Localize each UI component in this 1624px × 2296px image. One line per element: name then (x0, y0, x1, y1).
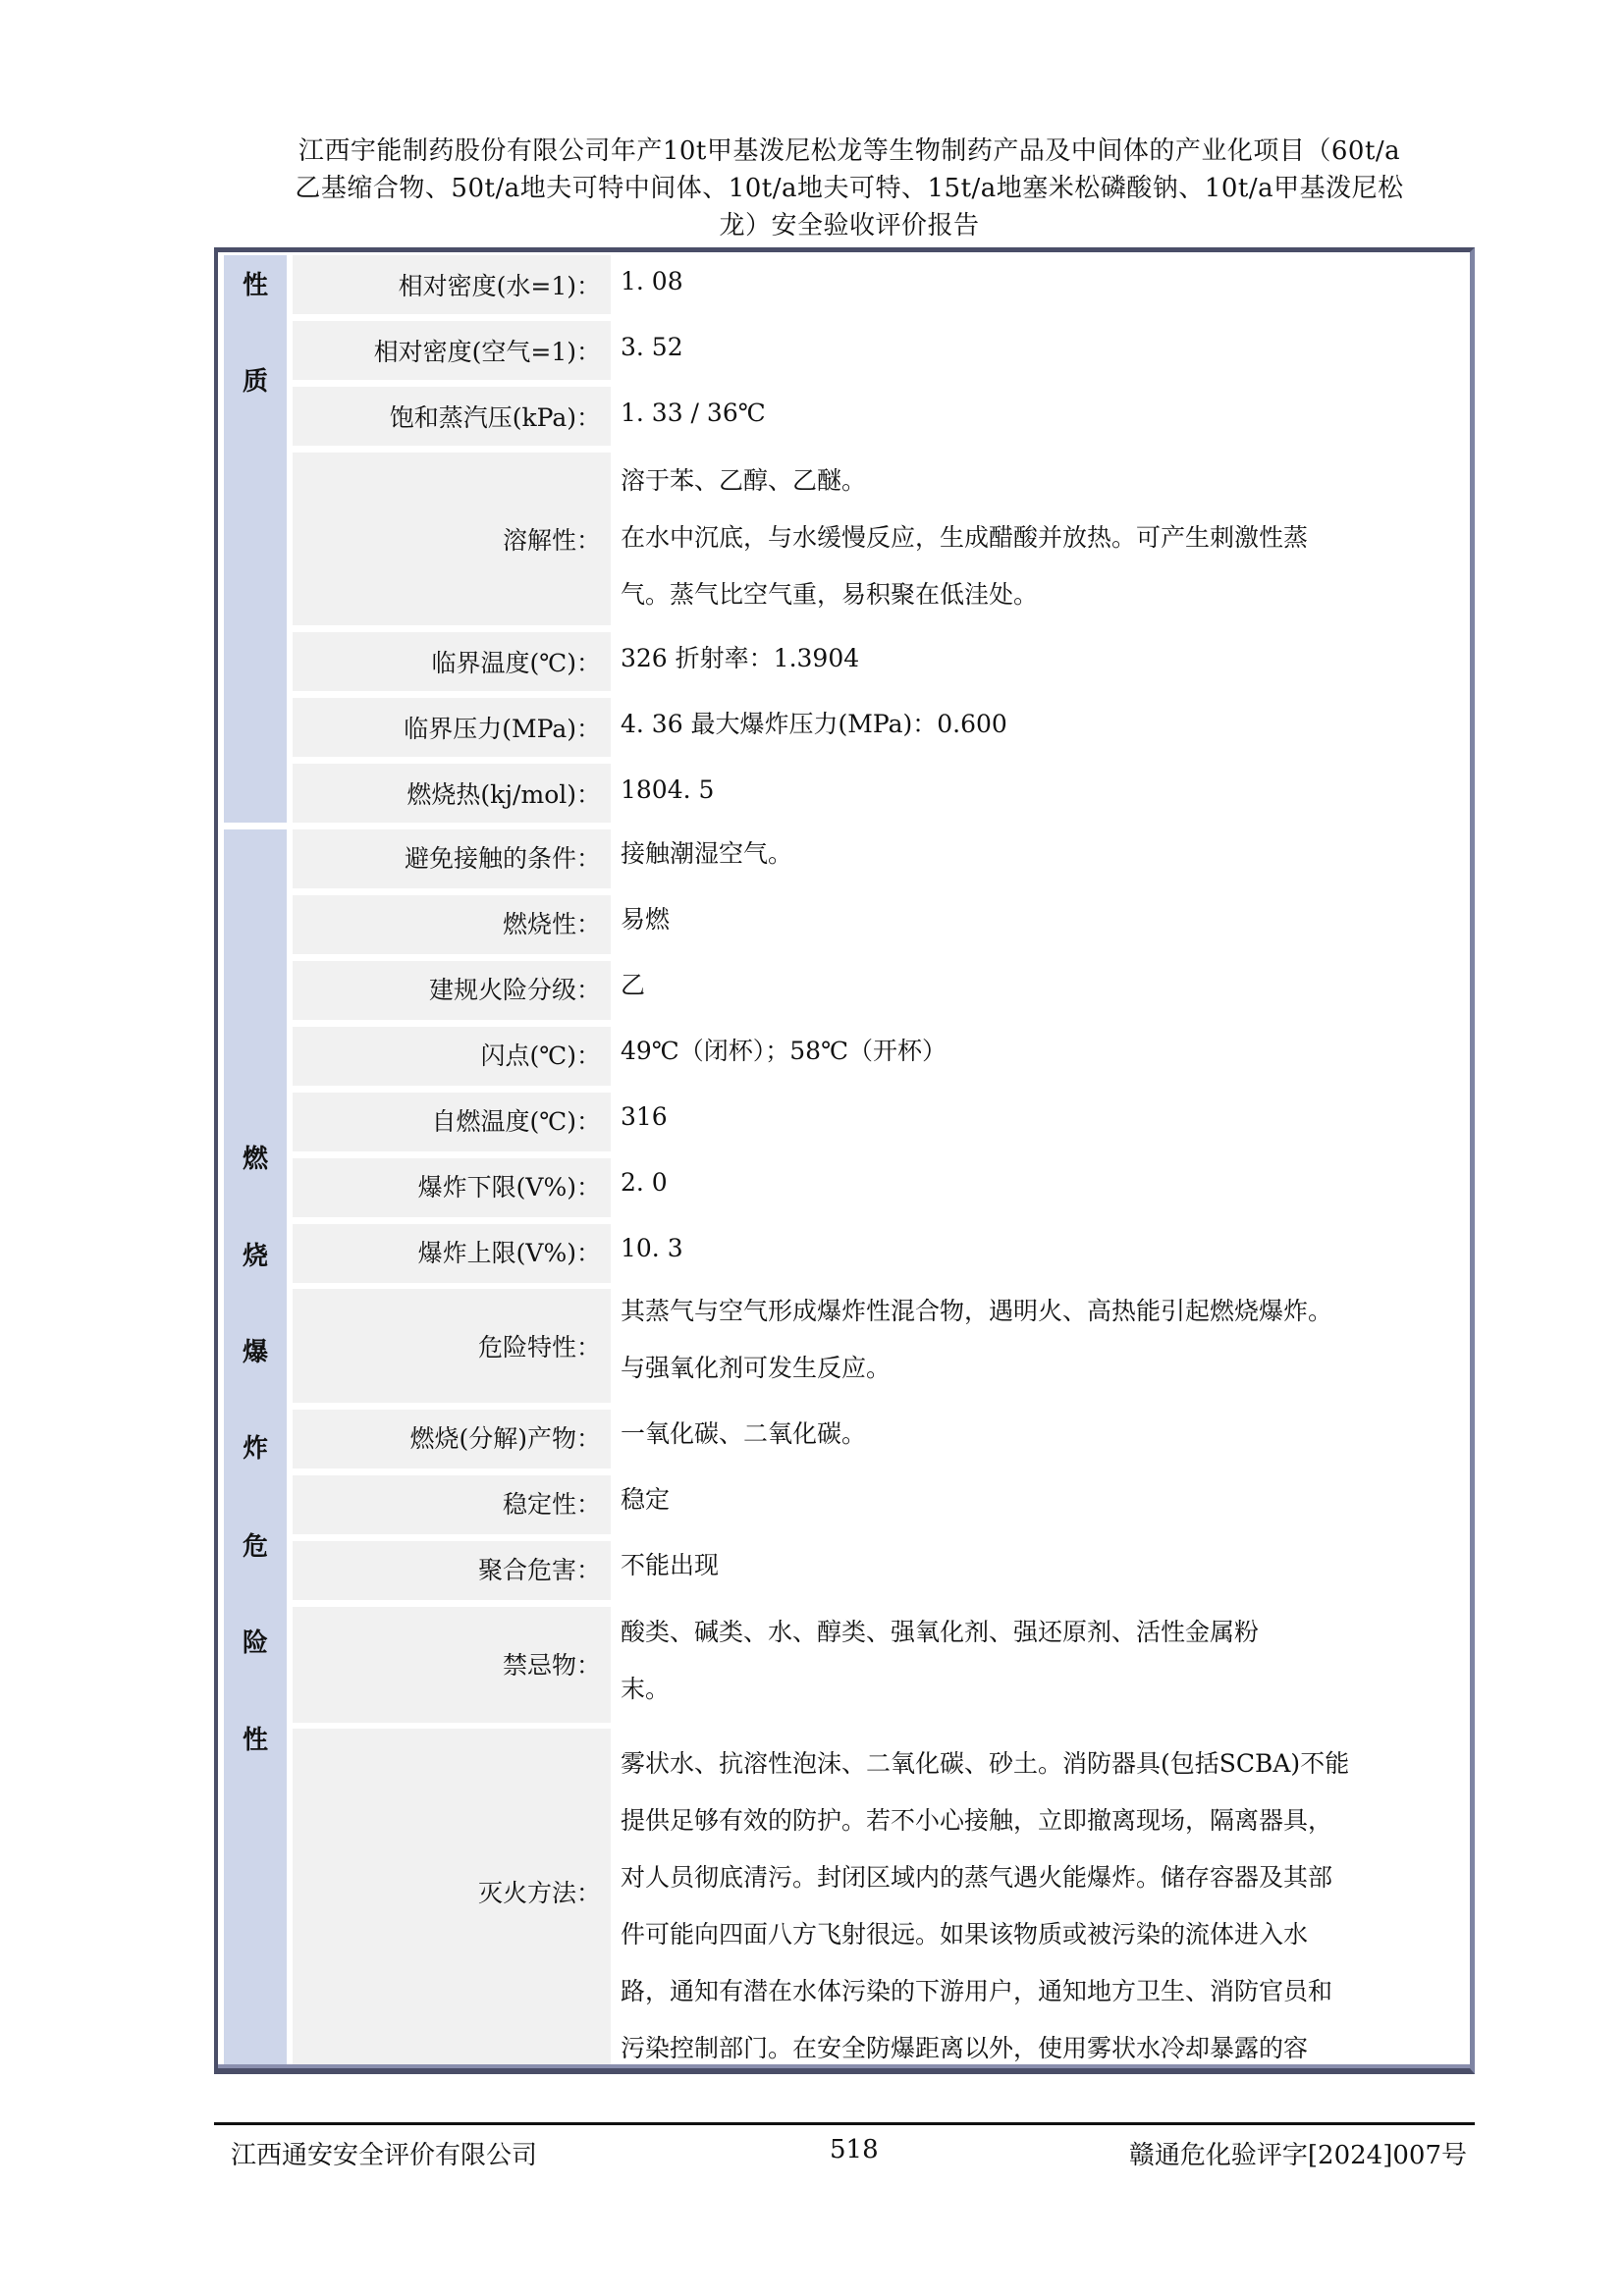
category-char: 险 (224, 1623, 287, 1659)
title-line-3: 龙）安全验收评价报告 (221, 207, 1478, 244)
value-line: 溶于苯、乙醇、乙醚。 (621, 453, 1465, 509)
table-row: 燃烧热(kj/mol)： 1804. 5 (293, 764, 1465, 823)
table-row: 自燃温度(℃)： 316 (293, 1093, 1465, 1151)
table-row: 燃烧性： 易燃 (293, 895, 1465, 954)
row-label-cell: 避免接触的条件： (293, 829, 611, 888)
value-line: 雾状水、抗溶性泡沫、二氧化碳、砂土。消防器具(包括SCBA)不能 (621, 1735, 1465, 1792)
value-line: 10. 3 (621, 1220, 1465, 1277)
row-value: 酸类、碱类、水、醇类、强氧化剂、强还原剂、活性金属粉 末。 (621, 1604, 1465, 1718)
table-row: 闪点(℃)： 49℃（闭杯）；58℃（开杯） (293, 1027, 1465, 1086)
category-fire-explosion-hazard: 燃 烧 爆 炸 危 险 性 (224, 829, 287, 2064)
value-line: 酸类、碱类、水、醇类、强氧化剂、强还原剂、活性金属粉 (621, 1604, 1465, 1661)
row-value: 一氧化碳、二氧化碳。 (621, 1406, 1465, 1463)
value-line: 提供足够有效的防护。若不小心接触，立即撤离现场，隔离器具， (621, 1792, 1465, 1849)
row-label-cell: 禁忌物： (293, 1607, 611, 1723)
category-char: 燃 (224, 1139, 287, 1175)
row-value: 3. 52 (621, 319, 1465, 376)
value-line: 326 折射率：1.3904 (621, 630, 1465, 687)
value-line: 稳定 (621, 1471, 1465, 1528)
row-label: 危险特性： (478, 1328, 601, 1363)
row-value: 326 折射率：1.3904 (621, 630, 1465, 687)
value-line: 易燃 (621, 891, 1465, 948)
row-value: 雾状水、抗溶性泡沫、二氧化碳、砂土。消防器具(包括SCBA)不能 提供足够有效的… (621, 1735, 1465, 2077)
table-row: 爆炸下限(V%)： 2. 0 (293, 1158, 1465, 1217)
category-char: 性 (224, 265, 287, 301)
row-label: 闪点(℃)： (481, 1037, 601, 1072)
row-label: 相对密度(空气=1)： (374, 333, 601, 368)
report-title: 江西宇能制药股份有限公司年产10t甲基泼尼松龙等生物制药产品及中间体的产业化项目… (221, 133, 1478, 244)
row-value: 溶于苯、乙醇、乙醚。 在水中沉底，与水缓慢反应，生成醋酸并放热。可产生刺激性蒸 … (621, 453, 1465, 623)
category-properties: 性 质 (224, 255, 287, 823)
value-line: 不能出现 (621, 1537, 1465, 1594)
value-line: 其蒸气与空气形成爆炸性混合物，遇明火、高热能引起燃烧爆炸。 (621, 1283, 1465, 1340)
row-label-cell: 临界压力(MPa)： (293, 698, 611, 757)
row-label: 溶解性： (503, 521, 601, 557)
row-label: 自燃温度(℃)： (432, 1102, 601, 1138)
row-label-cell: 燃烧热(kj/mol)： (293, 764, 611, 823)
table-row: 灭火方法： 雾状水、抗溶性泡沫、二氧化碳、砂土。消防器具(包括SCBA)不能 提… (293, 1729, 1465, 2064)
value-line: 接触潮湿空气。 (621, 826, 1465, 882)
row-label: 建规火险分级： (429, 971, 601, 1006)
title-line-2: 乙基缩合物、50t/a地夫可特中间体、10t/a地夫可特、15t/a地塞米松磷酸… (221, 170, 1478, 207)
value-line: 对人员彻底清污。封闭区域内的蒸气遇火能爆炸。储存容器及其部 (621, 1849, 1465, 1906)
row-label-cell: 灭火方法： (293, 1729, 611, 2064)
row-value: 接触潮湿空气。 (621, 826, 1465, 882)
value-line: 1. 08 (621, 253, 1465, 310)
value-line: 2. 0 (621, 1154, 1465, 1211)
row-label-cell: 爆炸下限(V%)： (293, 1158, 611, 1217)
row-value: 1. 33 / 36℃ (621, 385, 1465, 442)
value-line: 路，通知有潜在水体污染的下游用户，通知地方卫生、消防官员和 (621, 1963, 1465, 2020)
row-value: 易燃 (621, 891, 1465, 948)
value-line: 在水中沉底，与水缓慢反应，生成醋酸并放热。可产生刺激性蒸 (621, 509, 1465, 566)
category-char: 质 (224, 361, 287, 398)
row-label-cell: 饱和蒸汽压(kPa)： (293, 387, 611, 446)
row-label: 燃烧(分解)产物： (409, 1419, 601, 1455)
row-label-cell: 自燃温度(℃)： (293, 1093, 611, 1151)
table-row: 聚合危害： 不能出现 (293, 1541, 1465, 1600)
table-row: 危险特性： 其蒸气与空气形成爆炸性混合物，遇明火、高热能引起燃烧爆炸。 与强氧化… (293, 1289, 1465, 1403)
value-line: 1804. 5 (621, 762, 1465, 819)
row-label-cell: 临界温度(℃)： (293, 632, 611, 691)
row-value: 4. 36 最大爆炸压力(MPa)：0.600 (621, 696, 1465, 753)
row-label-cell: 爆炸上限(V%)： (293, 1224, 611, 1283)
row-value: 不能出现 (621, 1537, 1465, 1594)
table-row: 溶解性： 溶于苯、乙醇、乙醚。 在水中沉底，与水缓慢反应，生成醋酸并放热。可产生… (293, 453, 1465, 625)
row-label-cell: 建规火险分级： (293, 961, 611, 1020)
row-label: 饱和蒸汽压(kPa)： (390, 399, 601, 434)
table-row: 稳定性： 稳定 (293, 1475, 1465, 1534)
row-value: 乙 (621, 957, 1465, 1014)
value-line: 末。 (621, 1661, 1465, 1718)
value-line: 1. 33 / 36℃ (621, 385, 1465, 442)
row-label: 燃烧热(kj/mol)： (406, 775, 601, 811)
table-row: 建规火险分级： 乙 (293, 961, 1465, 1020)
row-label-cell: 燃烧性： (293, 895, 611, 954)
row-label-cell: 相对密度(空气=1)： (293, 321, 611, 380)
value-line: 3. 52 (621, 319, 1465, 376)
row-value: 其蒸气与空气形成爆炸性混合物，遇明火、高热能引起燃烧爆炸。 与强氧化剂可发生反应… (621, 1283, 1465, 1397)
title-line-1: 江西宇能制药股份有限公司年产10t甲基泼尼松龙等生物制药产品及中间体的产业化项目… (221, 133, 1478, 170)
category-char: 性 (224, 1720, 287, 1756)
row-label-cell: 闪点(℃)： (293, 1027, 611, 1086)
row-value: 10. 3 (621, 1220, 1465, 1277)
footer-divider (214, 2122, 1475, 2125)
row-label: 爆炸上限(V%)： (418, 1234, 601, 1269)
row-value: 稳定 (621, 1471, 1465, 1528)
table-row: 爆炸上限(V%)： 10. 3 (293, 1224, 1465, 1283)
row-label: 灭火方法： (478, 1874, 601, 1909)
table-row: 饱和蒸汽压(kPa)： 1. 33 / 36℃ (293, 387, 1465, 446)
row-label-cell: 稳定性： (293, 1475, 611, 1534)
value-line: 49℃（闭杯）；58℃（开杯） (621, 1023, 1465, 1080)
value-line: 污染控制部门。在安全防爆距离以外，使用雾状水冷却暴露的容 (621, 2020, 1465, 2077)
document-number: 赣通危化验评字[2024]007号 (1129, 2135, 1467, 2171)
category-char: 危 (224, 1526, 287, 1563)
value-line: 乙 (621, 957, 1465, 1014)
row-label-cell: 聚合危害： (293, 1541, 611, 1600)
value-line: 316 (621, 1089, 1465, 1146)
footer-company: 江西通安安全评价有限公司 (231, 2135, 537, 2171)
category-char: 爆 (224, 1332, 287, 1368)
table-row: 临界温度(℃)： 326 折射率：1.3904 (293, 632, 1465, 691)
category-char: 烧 (224, 1236, 287, 1272)
table-row: 相对密度(空气=1)： 3. 52 (293, 321, 1465, 380)
row-label-cell: 溶解性： (293, 453, 611, 625)
row-value: 1804. 5 (621, 762, 1465, 819)
table-row: 相对密度(水=1)： 1. 08 (293, 255, 1465, 314)
row-label: 临界压力(MPa)： (404, 710, 601, 745)
row-label: 燃烧性： (503, 905, 601, 940)
row-label: 禁忌物： (503, 1646, 601, 1682)
value-line: 4. 36 最大爆炸压力(MPa)：0.600 (621, 696, 1465, 753)
value-line: 件可能向四面八方飞射很远。如果该物质或被污染的流体进入水 (621, 1906, 1465, 1963)
row-label-cell: 危险特性： (293, 1289, 611, 1403)
table-row: 临界压力(MPa)： 4. 36 最大爆炸压力(MPa)：0.600 (293, 698, 1465, 757)
table-row: 避免接触的条件： 接触潮湿空气。 (293, 829, 1465, 888)
category-char: 炸 (224, 1428, 287, 1465)
row-value: 49℃（闭杯）；58℃（开杯） (621, 1023, 1465, 1080)
row-label: 聚合危害： (478, 1551, 601, 1586)
row-label: 爆炸下限(V%)： (418, 1168, 601, 1203)
value-line: 与强氧化剂可发生反应。 (621, 1340, 1465, 1397)
row-value: 1. 08 (621, 253, 1465, 310)
row-label: 稳定性： (503, 1485, 601, 1521)
row-value: 2. 0 (621, 1154, 1465, 1211)
row-label: 相对密度(水=1)： (399, 267, 601, 302)
page-number: 518 (830, 2135, 879, 2164)
table-row: 禁忌物： 酸类、碱类、水、醇类、强氧化剂、强还原剂、活性金属粉 末。 (293, 1607, 1465, 1723)
row-label-cell: 燃烧(分解)产物： (293, 1410, 611, 1468)
value-line: 气。蒸气比空气重，易积聚在低洼处。 (621, 566, 1465, 623)
row-label-cell: 相对密度(水=1)： (293, 255, 611, 314)
row-label: 临界温度(℃)： (432, 644, 601, 679)
value-line: 一氧化碳、二氧化碳。 (621, 1406, 1465, 1463)
row-label: 避免接触的条件： (405, 839, 601, 875)
table-row: 燃烧(分解)产物： 一氧化碳、二氧化碳。 (293, 1410, 1465, 1468)
row-value: 316 (621, 1089, 1465, 1146)
